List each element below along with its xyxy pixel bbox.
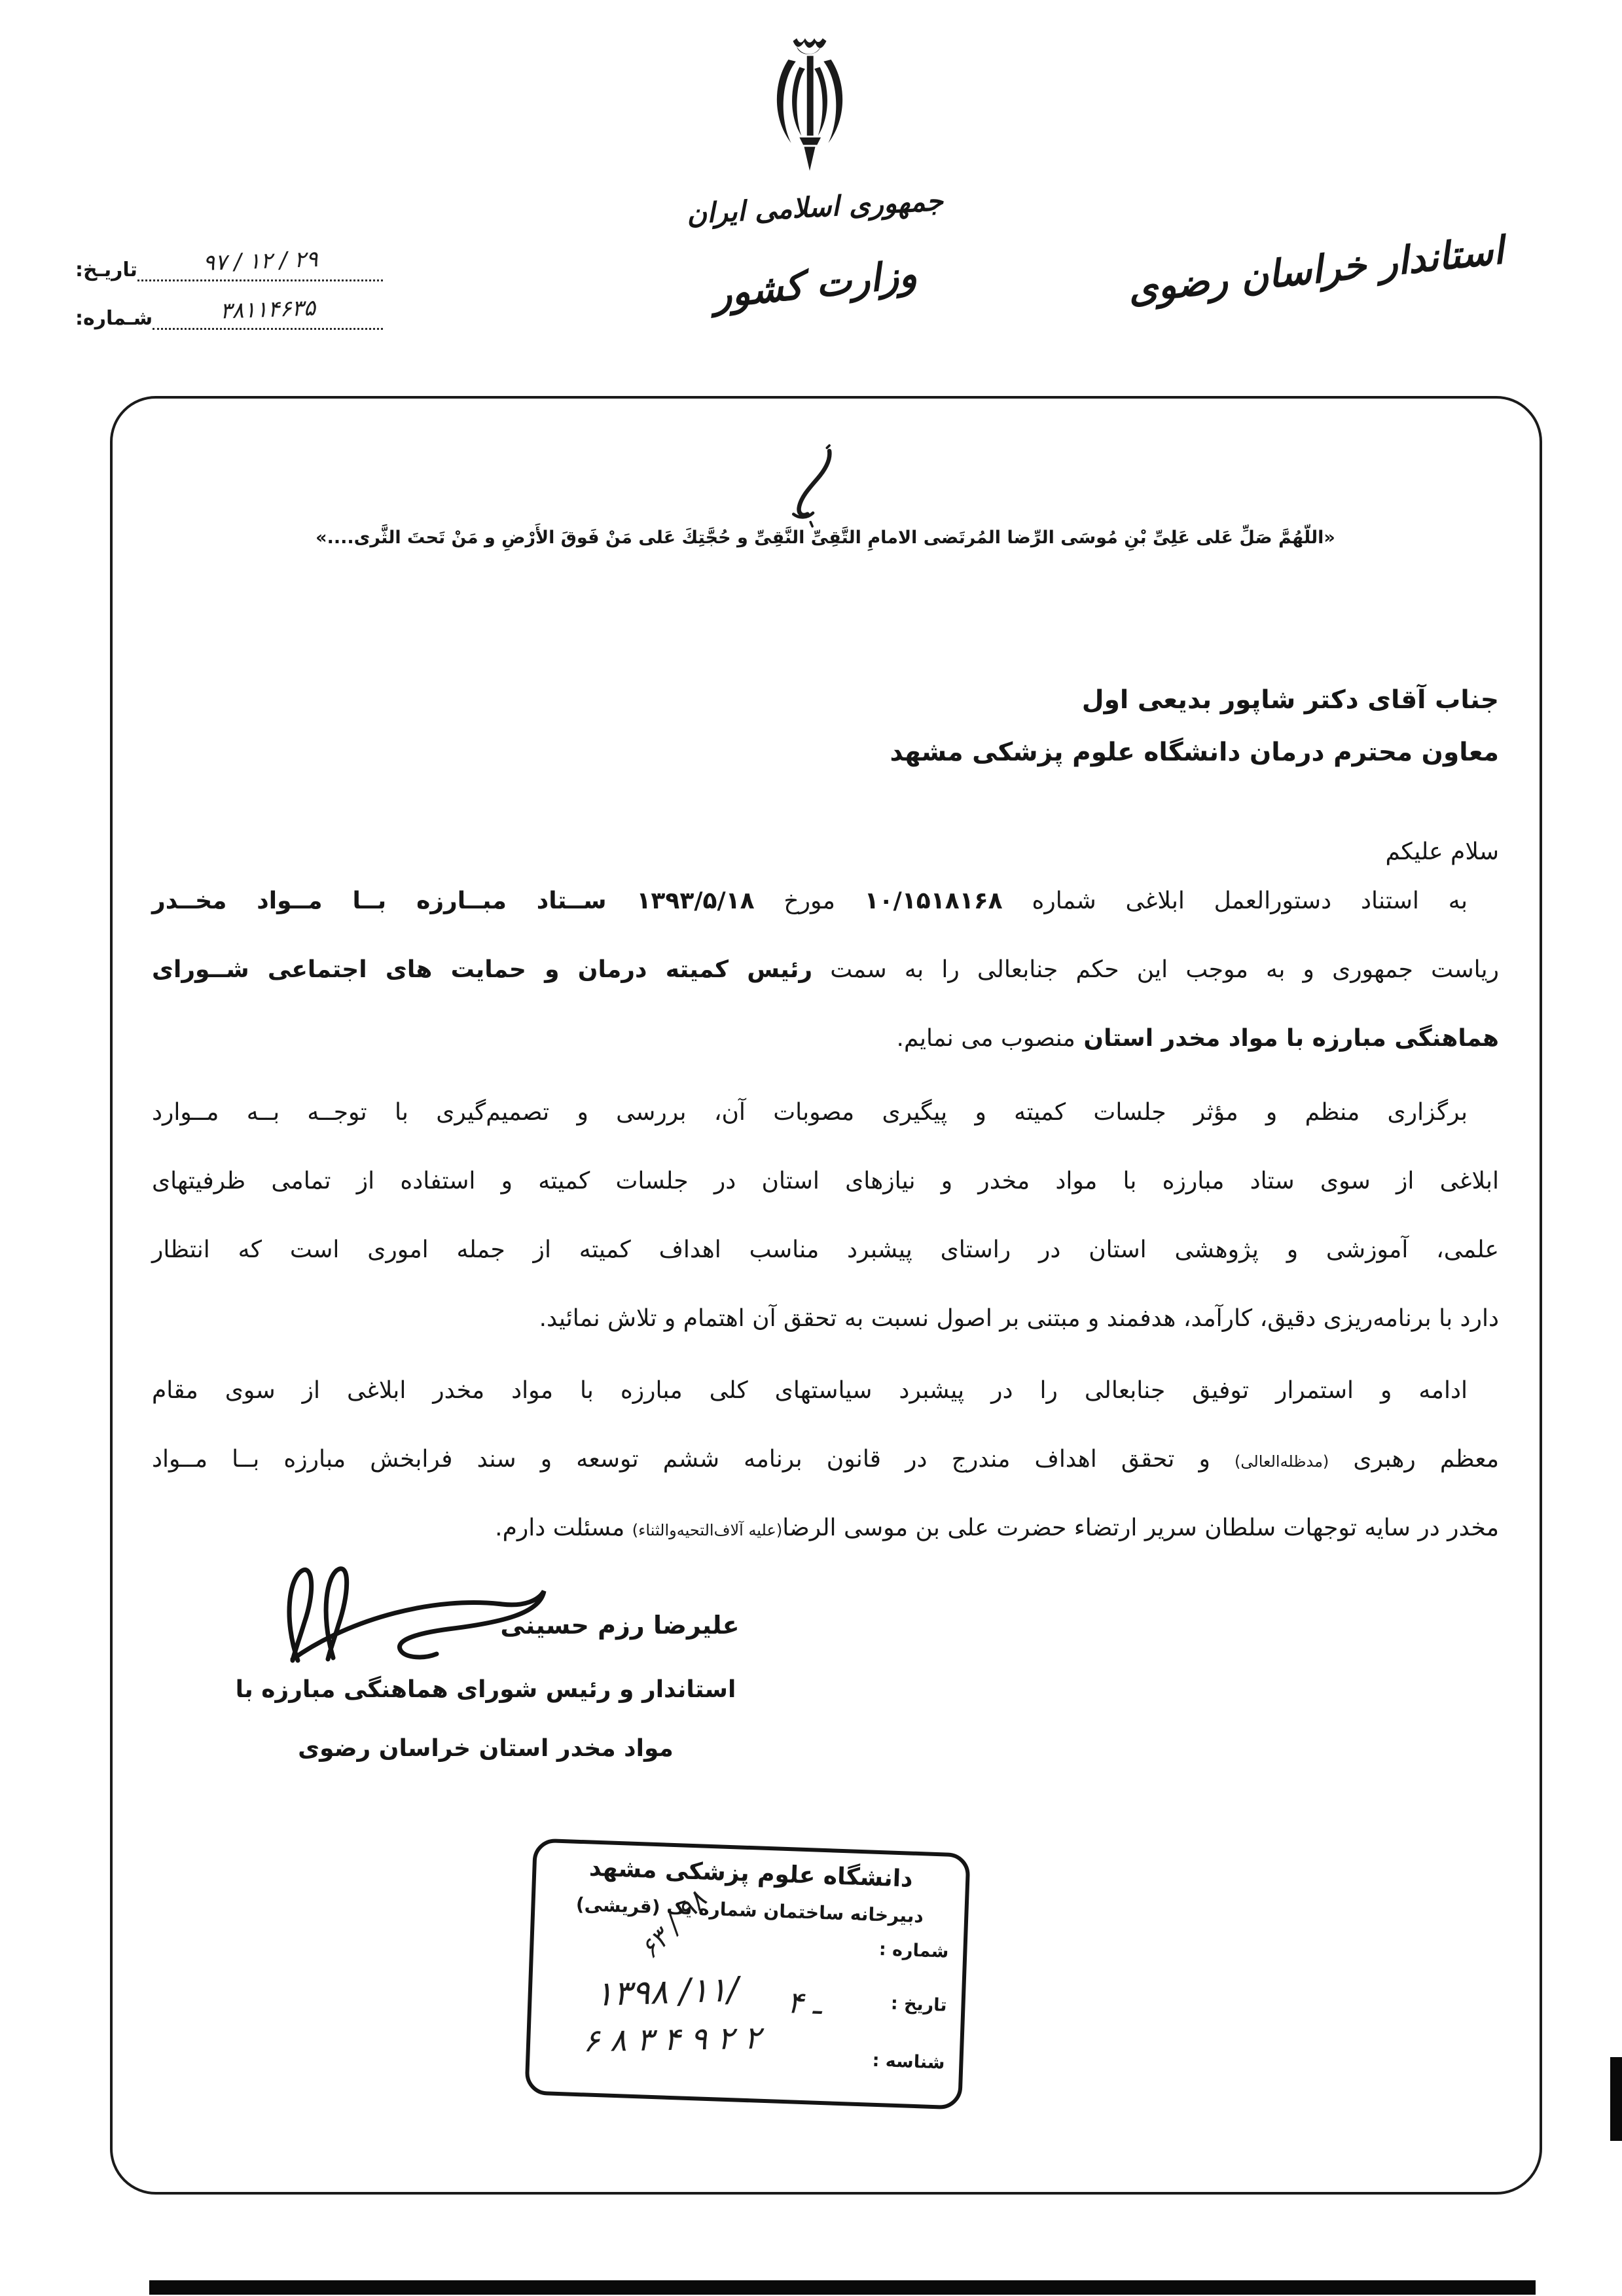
paragraph-3-line-1: ادامه و استمرار توفیق جنابعالی را در پیش… [152, 1376, 1499, 1405]
paragraph-2-line-1: برگزاری منظم و مؤثر جلسات کمیته و پیگیری… [152, 1098, 1499, 1127]
republic-title: جمهوری اسلامی ایران [667, 183, 963, 230]
paragraph-3-line-2: معظم رهبری (مدظله‌العالی) و تحقق اهداف م… [152, 1444, 1499, 1474]
letter-date-label: تاریـخ: [75, 259, 137, 281]
scanned-letter-page: جمهوری اسلامی ایران وزارت کشور استاندار … [0, 0, 1622, 2296]
ministry-title: وزارت کشور [692, 249, 937, 319]
stamp-date-day-value: ـ ۴ [787, 1984, 823, 2021]
iran-emblem-icon [754, 26, 865, 188]
paragraph-1-line-2: ریاست جمهوری و به موجب این حکم جنابعالی … [152, 955, 1499, 984]
received-stamp: دانشگاه علوم پزشکی مشهد دبیرخانه ساختمان… [524, 1838, 970, 2109]
paragraph-2-line-3: علمی، آموزشی و پژوهشی استان در راستای پی… [152, 1235, 1499, 1265]
signatory-name: علیرضا رزم حسینی [479, 1611, 761, 1640]
signatory-role-line-1: استاندار و رئیس شورای هماهنگی مبارزه با [191, 1676, 780, 1703]
paragraph-2-line-4: دارد با برنامه‌ریزی دقیق، کارآمد، هدفمند… [152, 1304, 1499, 1333]
paragraph-1-line-1: به استناد دستورالعمل ابلاغی شماره ۱۰/۱۵۱… [152, 886, 1499, 916]
paragraph-2-line-2: ابلاغی از سوی ستاد مبارزه با مواد مخدر و… [152, 1166, 1499, 1196]
besmele-calligraphy-icon [770, 439, 856, 531]
addressee-name: جناب آقای دکتر شاپور بدیعی اول [1082, 685, 1499, 715]
stamp-number-label: شماره : [878, 1939, 949, 1962]
scan-artifact-right-sliver [1610, 2057, 1622, 2141]
letter-number-label: شـماره: [75, 307, 153, 330]
prayer-line: «اللّهُمَّ صَلِّ عَلی عَلِیِّ بْنِ مُوسَ… [152, 527, 1499, 549]
stamp-id-label: شناسه : [872, 2051, 945, 2073]
paragraph-3-line-3: مخدر در سایه توجهات سلطان سریر ارتضاء حض… [152, 1513, 1499, 1543]
letter-number-row: ۳۸۱۱۴۶۳۵ شـماره: [75, 292, 383, 330]
stamp-id-value: ۶ ۸ ۳ ۴ ۹ ۲ ۲ [583, 2020, 761, 2060]
stamp-org-name: دانشگاه علوم پزشکی مشهد [536, 1853, 966, 1895]
stamp-date-label: تاریخ : [890, 1994, 947, 2016]
letter-frame: «اللّهُمَّ صَلِّ عَلی عَلِیِّ بْنِ مُوسَ… [110, 396, 1542, 2195]
scan-artifact-bottom-bar [149, 2280, 1536, 2295]
paragraph-1-line-3: هماهنگی مبارزه با مواد مخدر استان منصوب … [152, 1024, 1499, 1053]
letter-number-value: ۳۸۱۱۴۶۳۵ [153, 302, 383, 330]
letter-date-row: ۹۷ / ۱۲ / ۲۹ تاریـخ: [75, 243, 383, 281]
governorate-title: استاندار خراسان رضوی [1040, 219, 1592, 320]
letter-date-value: ۹۷ / ۱۲ / ۲۹ [137, 253, 383, 281]
stamp-date-value: ۱۳۹۸ /۱۱/ [594, 1970, 739, 2015]
salutation: سلام علیکم [1386, 838, 1499, 865]
signatory-role-line-2: مواد مخدر استان خراسان رضوی [191, 1735, 780, 1762]
stamp-office-name: دبیرخانه ساختمان شماره یک (قریشی) [535, 1892, 965, 1929]
addressee-title: معاون محترم درمان دانشگاه علوم پزشکی مشه… [890, 738, 1499, 767]
